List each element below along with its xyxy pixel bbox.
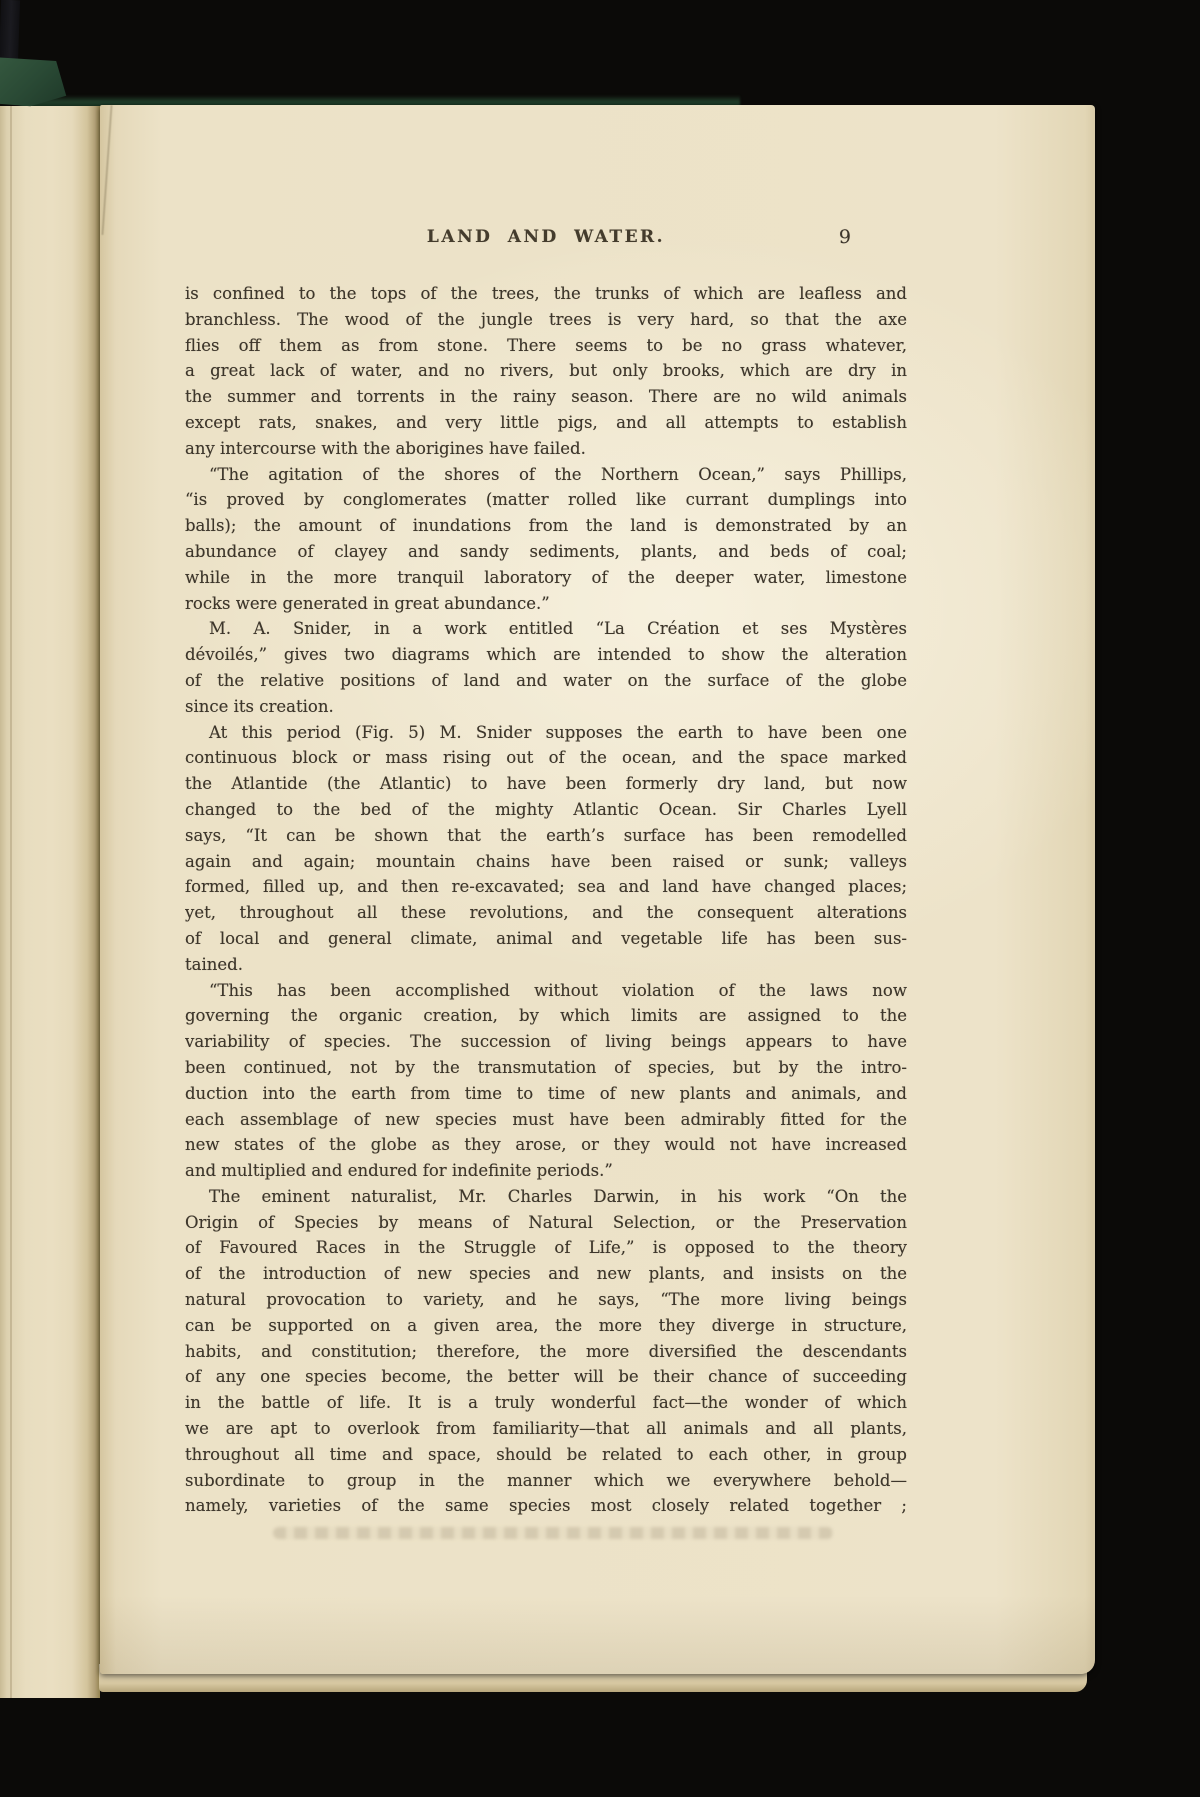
paragraph: M. A. Snider, in a work entitled “La Cré… xyxy=(185,616,907,719)
text-line: a great lack of water, and no rivers, bu… xyxy=(185,358,907,384)
show-through-smudge xyxy=(273,1527,833,1539)
text-line: Origin of Species by means of Natural Se… xyxy=(185,1210,907,1236)
text-line: tained. xyxy=(185,952,907,978)
paragraph: “This has been accomplished without viol… xyxy=(185,978,907,1184)
running-head-title: LAND AND WATER. xyxy=(185,227,907,247)
text-line: balls); the amount of inundations from t… xyxy=(185,513,907,539)
text-line: subordinate to group in the manner which… xyxy=(185,1468,907,1494)
text-line: except rats, snakes, and very little pig… xyxy=(185,410,907,436)
book-page: LAND AND WATER. 9 is confined to the top… xyxy=(100,105,1095,1674)
text-line: of local and general climate, animal and… xyxy=(185,926,907,952)
text-line: variability of species. The succession o… xyxy=(185,1029,907,1055)
text-line: “This has been accomplished without viol… xyxy=(185,978,907,1004)
page-content: LAND AND WATER. 9 is confined to the top… xyxy=(185,105,907,1539)
text-line: in the battle of life. It is a truly won… xyxy=(185,1390,907,1416)
text-line: flies off them as from stone. There seem… xyxy=(185,333,907,359)
text-line: rocks were generated in great abundance.… xyxy=(185,591,907,617)
text-line: namely, varieties of the same species mo… xyxy=(185,1493,907,1519)
paragraph: At this period (Fig. 5) M. Snider suppos… xyxy=(185,720,907,978)
text-line: throughout all time and space, should be… xyxy=(185,1442,907,1468)
text-line: habits, and constitution; therefore, the… xyxy=(185,1339,907,1365)
page-number: 9 xyxy=(839,226,851,248)
text-line: of the introduction of new species and n… xyxy=(185,1261,907,1287)
paragraph: “The agitation of the shores of the Nort… xyxy=(185,462,907,617)
text-line: “The agitation of the shores of the Nort… xyxy=(185,462,907,488)
text-line: of any one species become, the better wi… xyxy=(185,1364,907,1390)
page-header: LAND AND WATER. 9 xyxy=(185,227,907,257)
text-line: yet, throughout all these revolutions, a… xyxy=(185,900,907,926)
left-page-edges xyxy=(0,106,100,1698)
text-line: duction into the earth from time to time… xyxy=(185,1081,907,1107)
text-line: the summer and torrents in the rainy sea… xyxy=(185,384,907,410)
text-line: any intercourse with the aborigines have… xyxy=(185,436,907,462)
text-line: natural provocation to variety, and he s… xyxy=(185,1287,907,1313)
text-line: branchless. The wood of the jungle trees… xyxy=(185,307,907,333)
text-block: is confined to the tops of the trees, th… xyxy=(185,281,907,1519)
paragraph: The eminent naturalist, Mr. Charles Darw… xyxy=(185,1184,907,1519)
text-line: again and again; mountain chains have be… xyxy=(185,849,907,875)
book-scan-photo: { "page": { "header": { "title": "LAND A… xyxy=(0,0,1200,1797)
text-line: been continued, not by the transmutation… xyxy=(185,1055,907,1081)
text-line: dévoilés,” gives two diagrams which are … xyxy=(185,642,907,668)
text-line: changed to the bed of the mighty Atlanti… xyxy=(185,797,907,823)
text-line: can be supported on a given area, the mo… xyxy=(185,1313,907,1339)
text-line: we are apt to overlook from familiarity—… xyxy=(185,1416,907,1442)
text-line: “is proved by conglomerates (matter roll… xyxy=(185,487,907,513)
text-line: At this period (Fig. 5) M. Snider suppos… xyxy=(185,720,907,746)
text-line: continuous block or mass rising out of t… xyxy=(185,745,907,771)
text-line: is confined to the tops of the trees, th… xyxy=(185,281,907,307)
text-line: says, “It can be shown that the earth’s … xyxy=(185,823,907,849)
text-line: formed, filled up, and then re-excavated… xyxy=(185,874,907,900)
text-line: M. A. Snider, in a work entitled “La Cré… xyxy=(185,616,907,642)
text-line: and multiplied and endured for indefinit… xyxy=(185,1158,907,1184)
text-line: while in the more tranquil laboratory of… xyxy=(185,565,907,591)
text-line: the Atlantide (the Atlantic) to have bee… xyxy=(185,771,907,797)
paragraph: is confined to the tops of the trees, th… xyxy=(185,281,907,462)
text-line: each assemblage of new species must have… xyxy=(185,1107,907,1133)
text-line: abundance of clayey and sandy sediments,… xyxy=(185,539,907,565)
text-line: since its creation. xyxy=(185,694,907,720)
text-line: of the relative positions of land and wa… xyxy=(185,668,907,694)
text-line: The eminent naturalist, Mr. Charles Darw… xyxy=(185,1184,907,1210)
text-line: of Favoured Races in the Struggle of Lif… xyxy=(185,1235,907,1261)
bookmark-ribbon xyxy=(0,0,20,64)
text-line: governing the organic creation, by which… xyxy=(185,1003,907,1029)
text-line: new states of the globe as they arose, o… xyxy=(185,1132,907,1158)
